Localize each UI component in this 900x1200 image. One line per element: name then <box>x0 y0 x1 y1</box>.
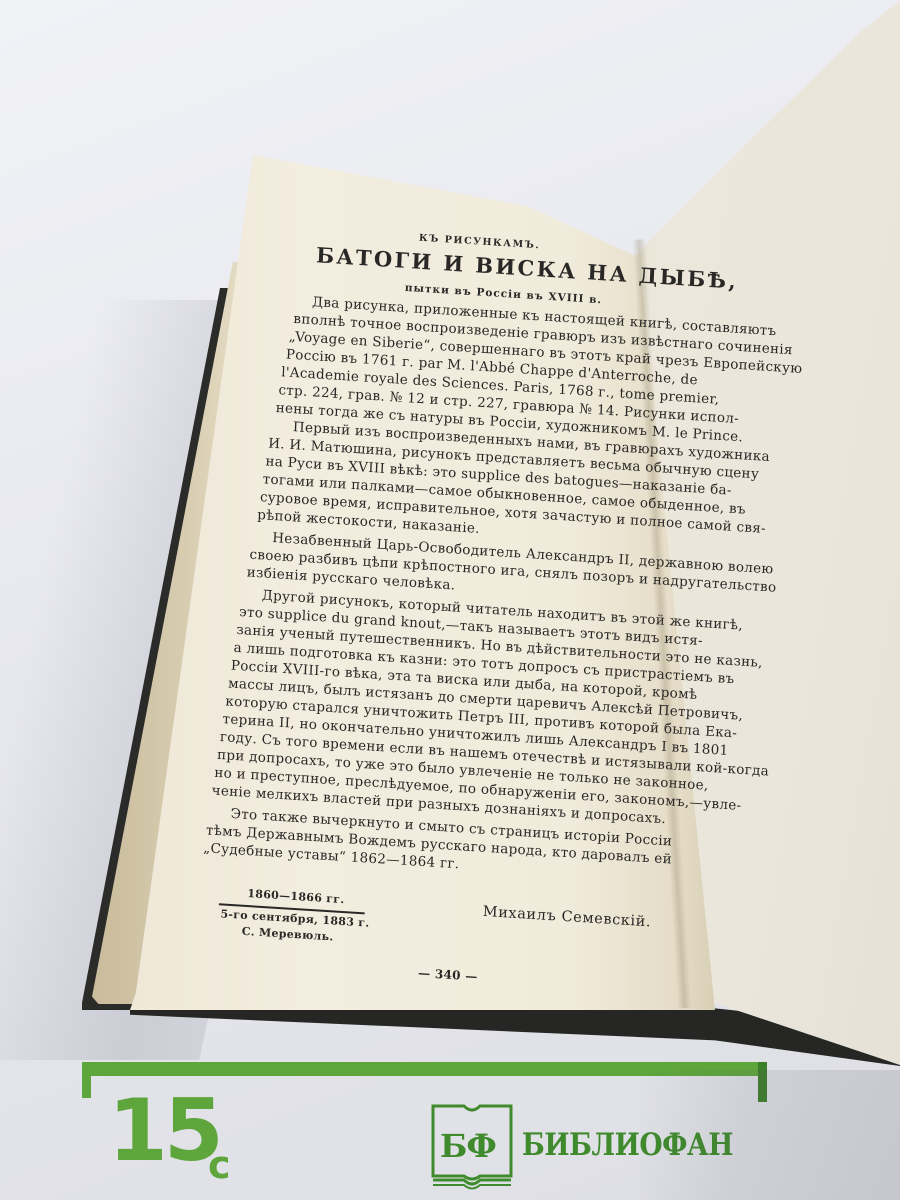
lighting-shadow <box>640 1070 900 1200</box>
price-value: 15 <box>108 1088 220 1174</box>
price-unit: с <box>208 1146 231 1184</box>
price-banner-left-tick <box>82 1062 91 1098</box>
logo-monogram: БФ <box>440 1127 496 1165</box>
